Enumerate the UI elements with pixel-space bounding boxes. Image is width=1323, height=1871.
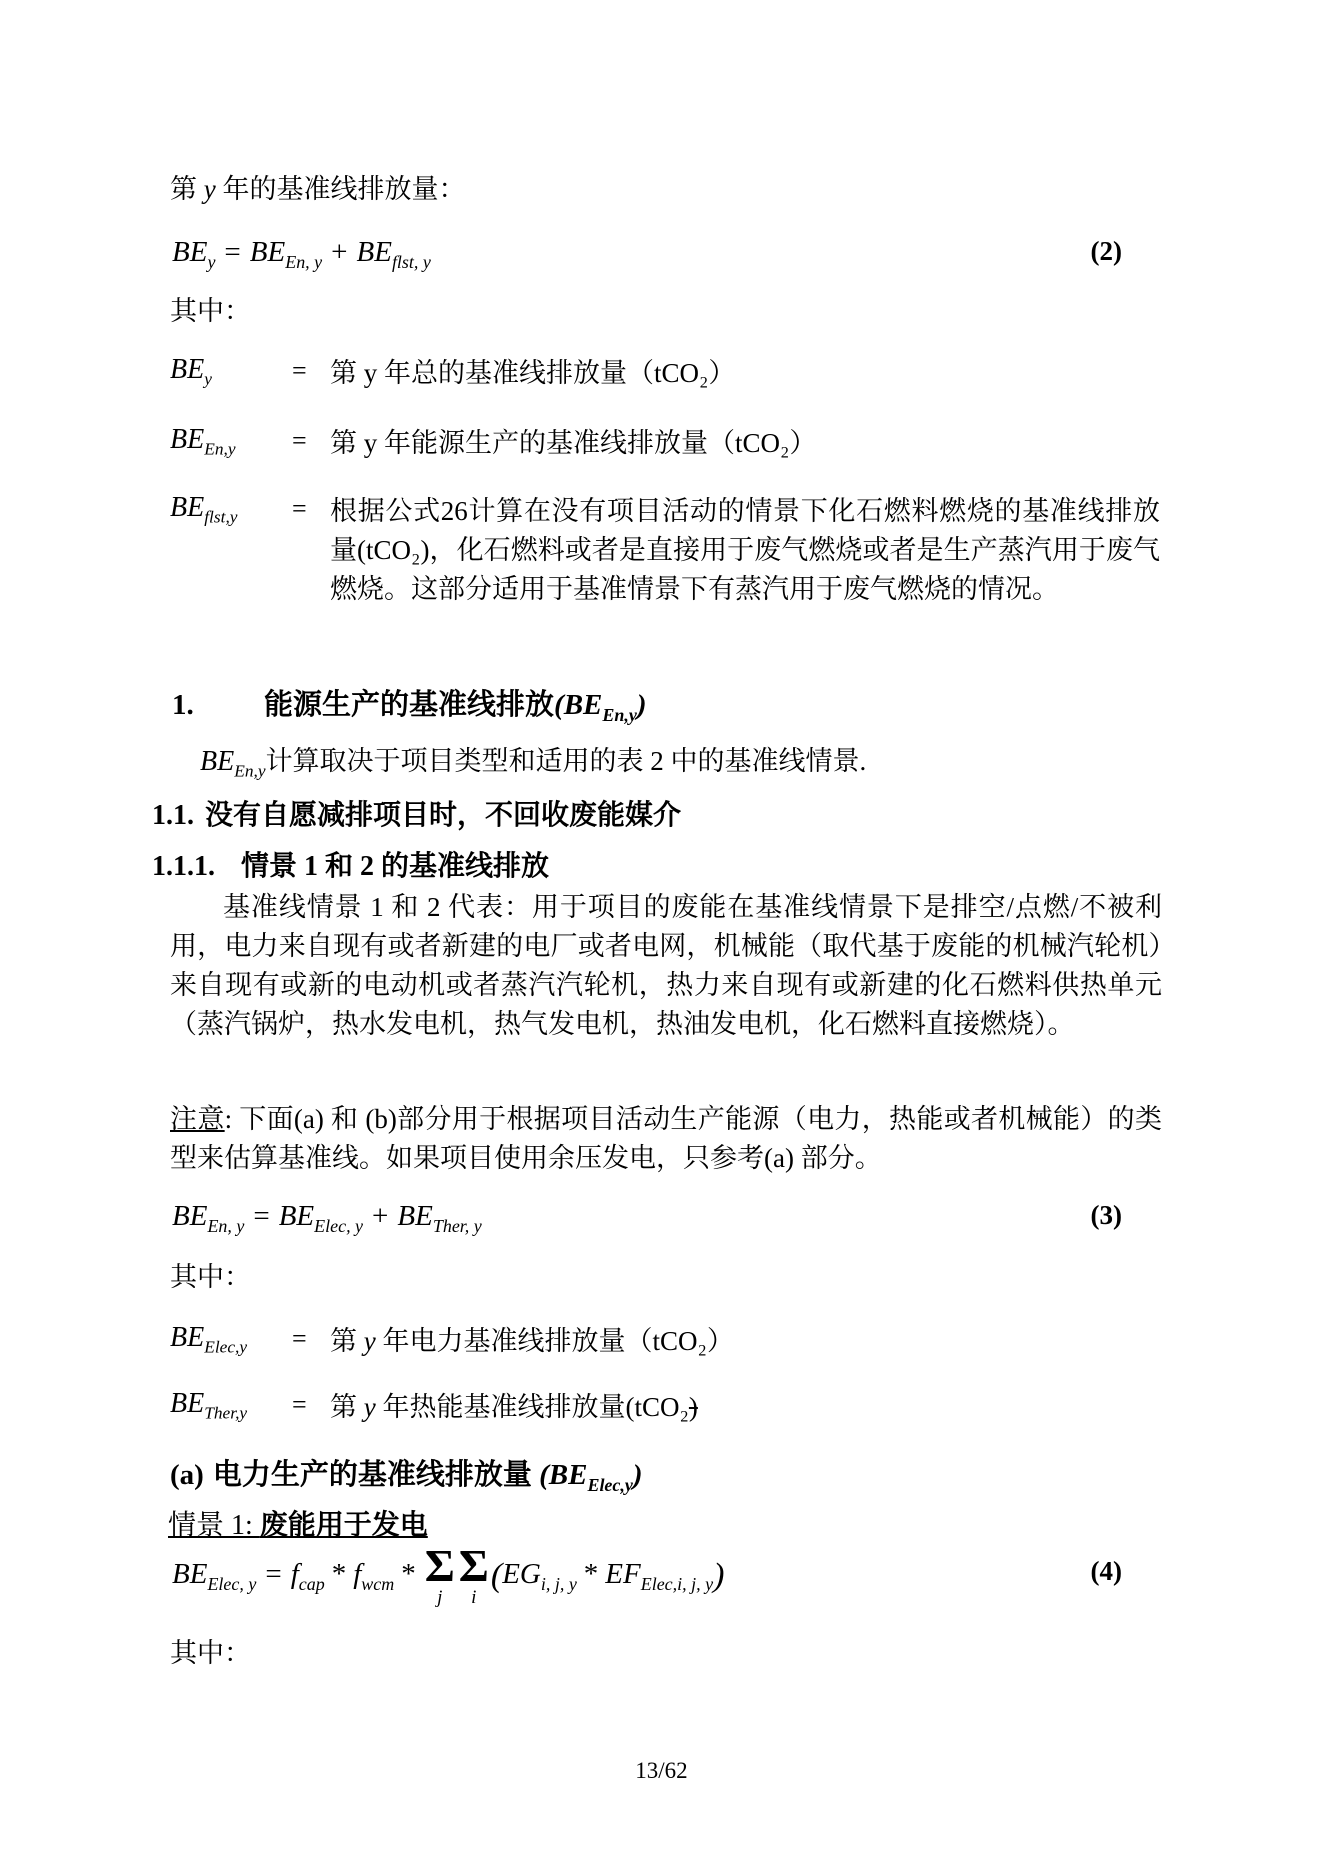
formula-subscript: cap [299, 1573, 325, 1593]
intro-variable-y: y [204, 174, 216, 204]
formula-2-row: BEy=BEEn, y+BEflst, y (2) [172, 236, 1162, 273]
formula-term: BE [357, 236, 392, 268]
heading-formula: (BEEn,y) [554, 689, 646, 721]
formula-term: EG [502, 1558, 541, 1590]
note-label: 注意 [170, 1104, 225, 1134]
section-title: 能源生产的基准线排放 [264, 689, 554, 721]
document-page: 第 y 年的基准线排放量： BEy=BEEn, y+BEflst, y (2) … [0, 0, 1323, 1871]
variable-y: y [364, 1326, 376, 1356]
formula-subscript: wcm [361, 1573, 394, 1593]
variable-y: y [364, 1392, 376, 1422]
equals-sign: = [215, 236, 249, 268]
formula-subscript: Elec, y [314, 1216, 363, 1236]
intro-post: 年的基准线排放量： [216, 174, 466, 204]
formula-term: BE [172, 1558, 207, 1590]
formula-3-row: BEEn, y=BEElec, y+BETher, y (3) [172, 1200, 1162, 1237]
definition-text: 第 y 年总的基准线排放量（tCO₂） [330, 354, 1160, 393]
definition-text: 根据公式26计算在没有项目活动的情景下化石燃料燃烧的基准线排放量(tCO₂)，化… [330, 492, 1160, 609]
definition-text: 第 y 年电力基准线排放量（tCO₂） [330, 1322, 1160, 1361]
section-number: (a) [170, 1459, 204, 1492]
plus-sign: + [363, 1200, 397, 1232]
section-title: 没有自愿减排项目时，不回收废能媒介 [205, 800, 681, 831]
paragraph-text: 计算取决于项目类型和适用的表 2 中的基准线情景. [266, 746, 867, 776]
equals-sign: = [292, 494, 307, 524]
equals-sign: = [244, 1200, 278, 1232]
where-label-1: 其中： [170, 292, 251, 331]
definition-term: BEEn,y [170, 424, 236, 460]
summation-over-i: Σi [459, 1544, 489, 1608]
formula-subscript: En, y [207, 1216, 244, 1236]
inline-formula-term: BEEn,y [200, 746, 266, 777]
formula-subscript: flst, y [392, 252, 431, 272]
close-paren: ) [713, 1557, 724, 1594]
formula-4: BEElec, y=fcap*fwcm*ΣjΣi(EGi, j, y*EFEle… [172, 1558, 724, 1590]
formula-3: BEEn, y=BEElec, y+BETher, y [172, 1200, 482, 1232]
where-label-2: 其中： [170, 1258, 251, 1297]
note-text: : 下面(a) 和 (b)部分用于根据项目活动生产能源（电力，热能或者机械能）的… [170, 1104, 1162, 1173]
equation-number-2: (2) [1077, 236, 1122, 267]
paragraph-beeny-calc: BEEn,y计算取决于项目类型和适用的表 2 中的基准线情景. [200, 742, 866, 791]
section-title: 电力生产的基准线排放量 [213, 1459, 539, 1491]
formula-4-row: BEElec, y=fcap*fwcm*ΣjΣi(EGi, j, y*EFEle… [172, 1544, 1162, 1608]
multiply-sign: * [325, 1558, 354, 1590]
scenario-label: 情景 1: [168, 1510, 260, 1541]
definition-term: BEflst,y [170, 492, 238, 528]
formula-subscript: Ther, y [433, 1216, 482, 1236]
section-number: 1. [172, 689, 264, 722]
formula-term: EF [605, 1558, 640, 1590]
definition-term: BEy [170, 354, 212, 390]
definition-term: BEElec,y [170, 1322, 247, 1358]
section-heading-a: (a)电力生产的基准线排放量 (BEElec,y) [170, 1452, 643, 1496]
multiply-sign: * [394, 1558, 423, 1590]
equals-sign: = [292, 1324, 307, 1354]
equals-sign: = [292, 1390, 307, 1420]
paragraph-scenarios: 基准线情景 1 和 2 代表：用于项目的废能在基准线情景下是排空/点燃/不被利用… [170, 888, 1162, 1044]
formula-subscript: En, y [285, 252, 322, 272]
formula-term: BE [250, 236, 285, 268]
section-heading-1: 1.能源生产的基准线排放(BEEn,y) [172, 682, 647, 726]
scenario-1-line: 情景 1: 废能用于发电 [168, 1506, 428, 1545]
definition-term: BETher,y [170, 1388, 247, 1424]
formula-term: BE [279, 1200, 314, 1232]
definition-text: 第 y 年热能基准线排放量(tCO₂) [330, 1388, 1160, 1427]
summation-over-j: Σj [425, 1544, 455, 1608]
section-heading-1-1-1: 1.1.1.情景 1 和 2 的基准线排放 [152, 844, 549, 884]
formula-2: BEy=BEEn, y+BEflst, y [172, 236, 431, 268]
definition-text: 第 y 年能源生产的基准线排放量（tCO₂） [330, 424, 1160, 463]
formula-term: BE [172, 1200, 207, 1232]
formula-subscript: Elec, y [207, 1573, 256, 1593]
formula-term: BE [172, 236, 207, 268]
struck-paren: ) [689, 1392, 698, 1422]
equation-number-4: (4) [1077, 1556, 1122, 1587]
where-label-3: 其中： [170, 1634, 251, 1673]
section-heading-1-1: 1.1.没有自愿减排项目时，不回收废能媒介 [152, 793, 681, 833]
section-number: 1.1.1. [152, 851, 215, 883]
section-number: 1.1. [152, 800, 194, 832]
formula-term: BE [397, 1200, 432, 1232]
intro-line: 第 y 年的基准线排放量： [170, 170, 465, 209]
equals-sign: = [292, 426, 307, 456]
intro-pre: 第 [170, 174, 204, 204]
plus-sign: + [322, 236, 356, 268]
formula-term: f [291, 1558, 299, 1590]
open-paren: ( [491, 1557, 502, 1594]
formula-subscript: Elec,i, j, y [641, 1573, 713, 1593]
heading-formula: (BEElec,y) [539, 1459, 642, 1491]
section-title: 情景 1 和 2 的基准线排放 [241, 851, 549, 882]
equation-number-3: (3) [1077, 1200, 1122, 1231]
equals-sign: = [256, 1558, 290, 1590]
scenario-title: 废能用于发电 [260, 1510, 428, 1541]
formula-subscript: i, j, y [541, 1573, 577, 1593]
multiply-sign: * [577, 1558, 606, 1590]
paragraph-note: 注意: 下面(a) 和 (b)部分用于根据项目活动生产能源（电力，热能或者机械能… [170, 1100, 1162, 1178]
page-number: 13/62 [0, 1758, 1323, 1784]
equals-sign: = [292, 356, 307, 386]
